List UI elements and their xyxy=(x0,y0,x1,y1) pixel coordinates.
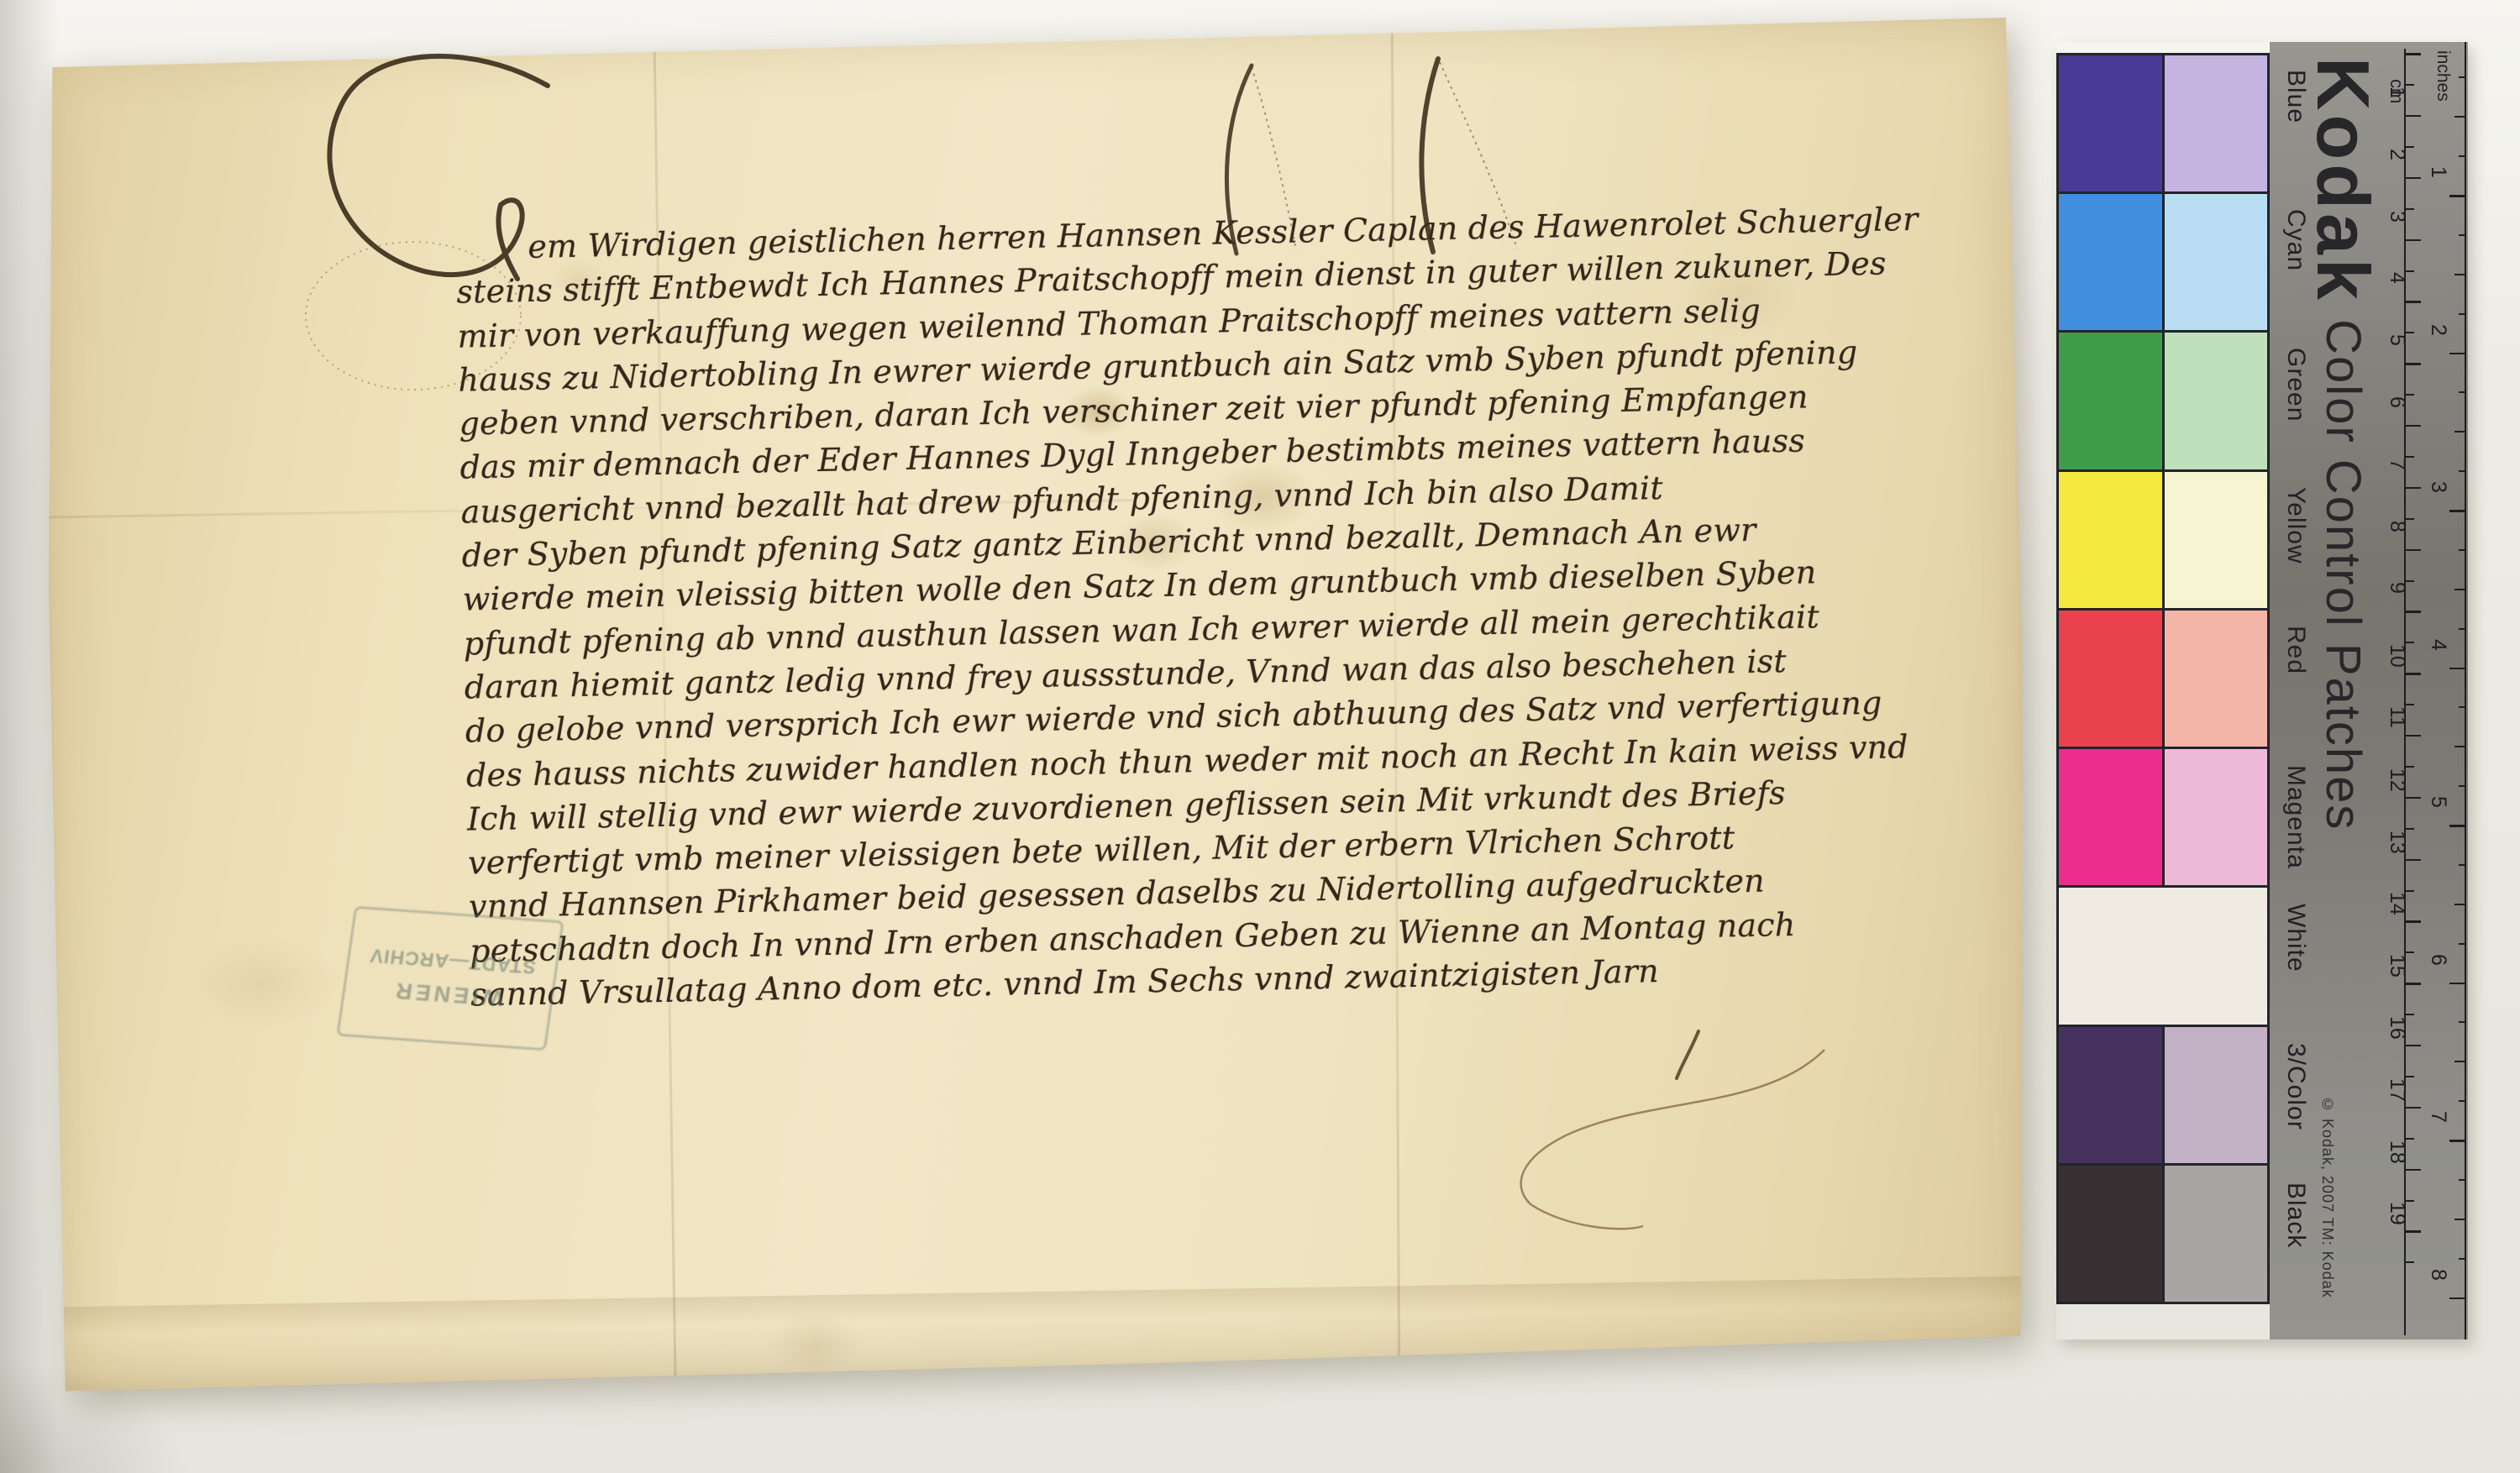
patch-label: White xyxy=(2281,904,2310,972)
color-patch xyxy=(2059,611,2162,747)
cm-half-tick xyxy=(2406,951,2414,953)
cm-number: 10 xyxy=(2385,644,2409,703)
color-patch xyxy=(2165,611,2268,747)
patch-label: 3/Color xyxy=(2281,1043,2310,1130)
cm-half-tick xyxy=(2406,766,2414,768)
cm-number: 8 xyxy=(2385,521,2409,579)
parchment: em Wirdigen geistlichen herren Hannsen K… xyxy=(38,15,2034,1400)
color-patch xyxy=(2165,1166,2268,1302)
cm-half-tick xyxy=(2406,1200,2414,1202)
color-patch xyxy=(2165,333,2268,469)
inch-tick xyxy=(2449,1297,2465,1300)
inch-quarter-tick xyxy=(2459,1021,2465,1023)
color-patch xyxy=(2059,194,2162,330)
color-patch xyxy=(2059,1027,2162,1163)
inch-quarter-tick xyxy=(2454,1061,2465,1062)
inch-tick xyxy=(2449,1140,2465,1142)
cm-number: 9 xyxy=(2385,582,2409,641)
inch-quarter-tick xyxy=(2454,746,2465,747)
kodak-gray-panel: BlueCyanGreenYellowRedMagentaWhite3/Colo… xyxy=(2270,42,2468,1339)
color-patch-grid xyxy=(2056,53,2270,1304)
inch-quarter-tick xyxy=(2459,234,2465,236)
inch-quarter-tick xyxy=(2459,943,2465,945)
inch-number: 7 xyxy=(2426,1111,2450,1170)
cm-number: 4 xyxy=(2385,272,2409,331)
inch-number: 8 xyxy=(2426,1269,2450,1328)
inch-quarter-tick xyxy=(2454,904,2465,905)
color-patch xyxy=(2165,472,2268,608)
cm-number: 7 xyxy=(2385,459,2409,517)
inch-quarter-tick xyxy=(2459,313,2465,315)
cm-half-tick xyxy=(2406,146,2414,148)
parchment-shadow: em Wirdigen geistlichen herren Hannsen K… xyxy=(38,15,2034,1400)
inch-quarter-tick xyxy=(2459,470,2465,472)
inch-tick xyxy=(2449,825,2465,827)
cm-half-tick xyxy=(2406,1138,2414,1140)
cm-number: 2 xyxy=(2385,149,2409,207)
inch-quarter-tick xyxy=(2454,1219,2465,1220)
inch-quarter-tick xyxy=(2459,155,2465,157)
cm-half-tick xyxy=(2406,518,2414,520)
ruler: cm inches 123456789101112131415161718191… xyxy=(2384,42,2468,1339)
color-patch xyxy=(2059,749,2162,885)
patch-label: Black xyxy=(2281,1182,2310,1248)
inch-number: 1 xyxy=(2426,166,2450,225)
cm-number: 15 xyxy=(2385,954,2409,1013)
cm-half-tick xyxy=(2406,1076,2414,1077)
cm-half-tick xyxy=(2406,1261,2414,1263)
cm-half-tick xyxy=(2406,456,2414,458)
inch-quarter-tick xyxy=(2454,274,2465,275)
cm-half-tick xyxy=(2406,208,2414,210)
patch-label-slot: White xyxy=(2270,887,2322,1026)
cm-number: 5 xyxy=(2385,334,2409,393)
inch-quarter-tick xyxy=(2459,628,2465,630)
inch-tick xyxy=(2449,983,2465,985)
inch-quarter-tick xyxy=(2459,549,2465,551)
cm-number: 1 xyxy=(2385,86,2409,145)
kodak-wordmark: Kodak xyxy=(2302,57,2385,304)
cm-half-tick xyxy=(2406,580,2414,582)
stamp-text-line: STADT—ARCHIV xyxy=(368,944,537,978)
inch-number: 2 xyxy=(2426,324,2450,383)
cm-half-tick xyxy=(2406,704,2414,705)
color-patch xyxy=(2059,333,2162,469)
inch-tick xyxy=(2449,510,2465,512)
inch-tick xyxy=(2449,668,2465,670)
color-patch xyxy=(2059,888,2267,1024)
inch-quarter-tick xyxy=(2454,431,2465,432)
color-patch xyxy=(2165,1027,2268,1163)
cm-number: 14 xyxy=(2385,892,2409,951)
color-patch xyxy=(2165,749,2268,885)
cm-half-tick xyxy=(2406,394,2414,396)
cm-half-tick xyxy=(2406,890,2414,892)
cm-half-tick xyxy=(2406,642,2414,643)
patch-label-slot: Black xyxy=(2270,1166,2322,1305)
inch-quarter-tick xyxy=(2459,706,2465,708)
color-patch xyxy=(2165,55,2268,191)
cm-half-tick xyxy=(2406,270,2414,272)
cm-half-tick xyxy=(2406,1014,2414,1015)
cm-half-tick xyxy=(2406,84,2414,86)
inch-number: 3 xyxy=(2426,481,2450,540)
inch-quarter-tick xyxy=(2459,391,2465,393)
inch-quarter-tick xyxy=(2459,76,2465,78)
inch-number: 5 xyxy=(2426,796,2450,855)
inch-tick xyxy=(2449,195,2465,197)
inch-quarter-tick xyxy=(2459,785,2465,787)
cm-number: 19 xyxy=(2385,1202,2409,1261)
inch-number: 4 xyxy=(2426,639,2450,698)
cm-number: 18 xyxy=(2385,1140,2409,1199)
inch-quarter-tick xyxy=(2459,1258,2465,1260)
cm-number: 16 xyxy=(2385,1016,2409,1075)
cm-number: 6 xyxy=(2385,396,2409,455)
inch-quarter-tick xyxy=(2459,1179,2465,1181)
inch-quarter-tick xyxy=(2454,116,2465,118)
inch-number: 6 xyxy=(2426,954,2450,1013)
cm-number: 13 xyxy=(2385,831,2409,889)
stamp-text-line: WIENER xyxy=(391,977,505,1010)
inch-quarter-tick xyxy=(2454,589,2465,590)
cm-tick xyxy=(2406,53,2421,55)
cm-number: 12 xyxy=(2385,768,2409,827)
color-patch xyxy=(2059,1166,2162,1302)
kodak-color-strip: BlueCyanGreenYellowRedMagentaWhite3/Colo… xyxy=(2056,42,2468,1339)
cm-number: 3 xyxy=(2385,211,2409,270)
kodak-brand-text: Kodak Color Control Patches xyxy=(2322,57,2386,1132)
color-patch xyxy=(2059,55,2162,191)
manuscript-text-block: em Wirdigen geistlichen herren Hannsen K… xyxy=(455,197,1962,1017)
inch-quarter-tick xyxy=(2459,1100,2465,1102)
inch-tick xyxy=(2449,353,2465,355)
cm-number: 11 xyxy=(2385,706,2409,765)
bottom-fold-band xyxy=(58,1276,2034,1399)
cm-number: 17 xyxy=(2385,1078,2409,1137)
archive-stamp: WIENER STADT—ARCHIV xyxy=(336,906,564,1051)
ruler-inches-label: inches xyxy=(2433,50,2453,102)
color-patch xyxy=(2059,472,2162,608)
cm-half-tick xyxy=(2406,332,2414,333)
cm-half-tick xyxy=(2406,828,2414,830)
color-patch xyxy=(2165,194,2268,330)
kodak-product-text: Color Control Patches xyxy=(2316,304,2370,831)
patch-label-slot: 3/Color xyxy=(2270,1026,2322,1166)
inch-quarter-tick xyxy=(2459,864,2465,866)
scan-background: em Wirdigen geistlichen herren Hannsen K… xyxy=(0,0,2520,1473)
kodak-copyright-text: © Kodak, 2007 TM: Kodak xyxy=(2318,1096,2336,1298)
